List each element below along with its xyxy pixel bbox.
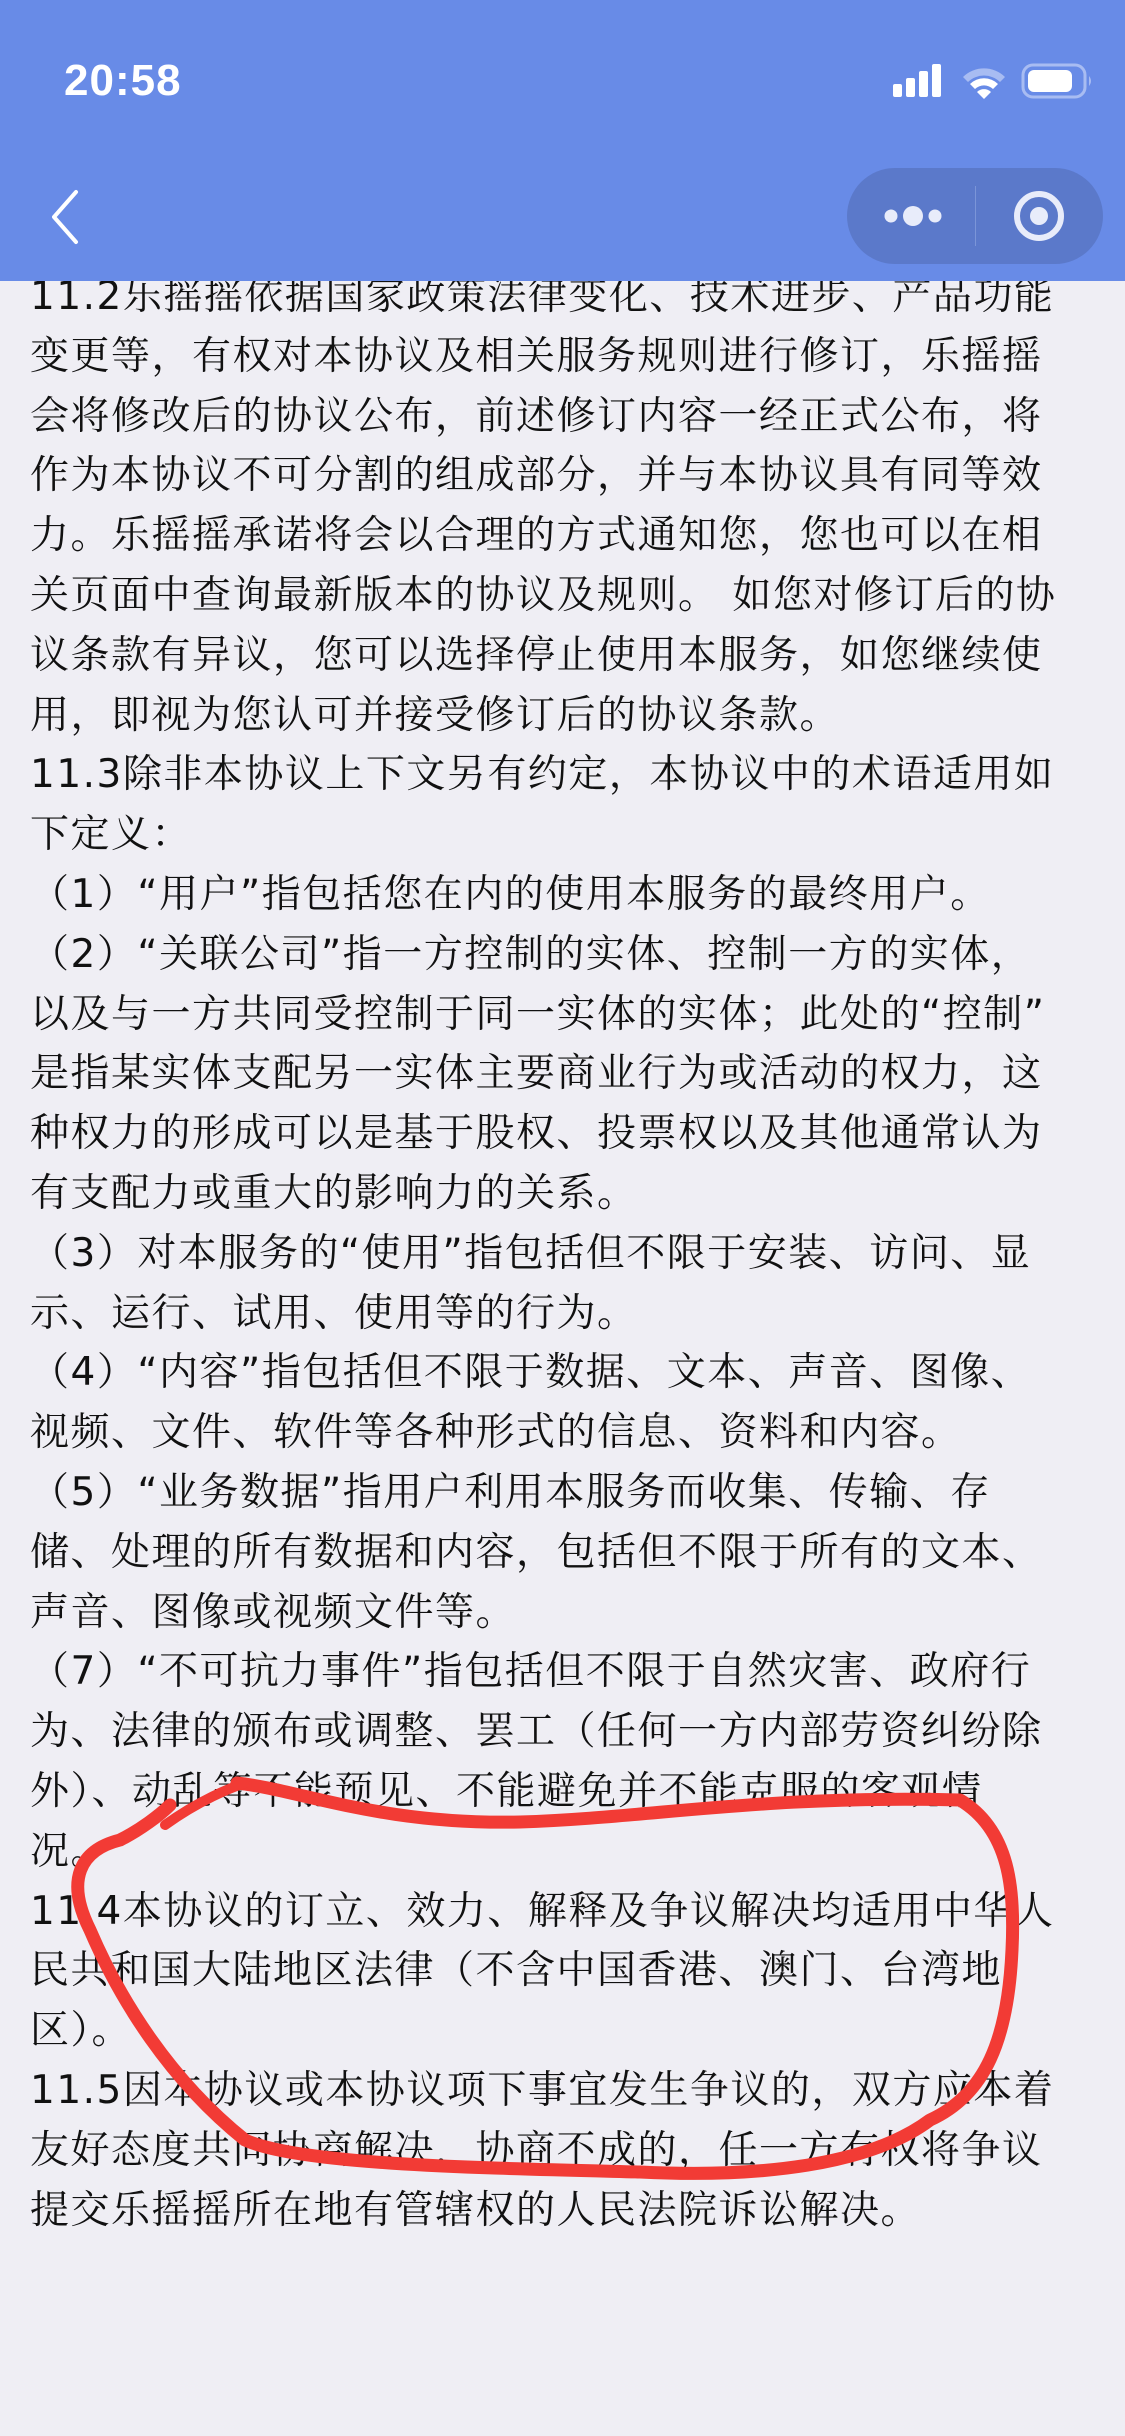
chevron-left-icon (40, 180, 90, 250)
text-line: 友好态度共同协商解决，协商不成的，任一方有权将争议 (30, 2121, 1100, 2181)
text-line: 有支配力或重大的影响力的关系。 (30, 1164, 1100, 1224)
text-line: 力。乐摇摇承诺将会以合理的方式通知您，您也可以在相 (30, 506, 1100, 566)
wifi-icon (963, 68, 1005, 99)
text-line: 种权力的形成可以是基于股权、投票权以及其他通常认为 (30, 1104, 1100, 1164)
text-line: 以及与一方共同受控制于同一实体的实体；此处的“控制” (30, 985, 1100, 1045)
text-line: 关页面中查询最新版本的协议及规则。 如您对修订后的协 (30, 566, 1100, 626)
text-line: 提交乐摇摇所在地有管辖权的人民法院诉讼解决。 (30, 2181, 1100, 2241)
back-button[interactable] (40, 180, 90, 250)
target-circle-icon (975, 168, 1103, 264)
text-line: 议条款有异议，您可以选择停止使用本服务，如您继续使 (30, 626, 1100, 686)
capsule-menu (847, 168, 1103, 264)
text-line: 11.4本协议的订立、效力、解释及争议解决均适用中华人 (30, 1882, 1100, 1942)
text-line: 作为本协议不可分割的组成部分，并与本协议具有同等效 (30, 446, 1100, 506)
text-line: （2）“关联公司”指一方控制的实体、控制一方的实体， (30, 925, 1100, 985)
text-line: 11.5因本协议或本协议项下事宜发生争议的，双方应本着 (30, 2061, 1100, 2121)
text-line: 区）。 (30, 2001, 1100, 2061)
status-time: 20:58 (64, 56, 182, 106)
more-button[interactable] (847, 168, 975, 264)
text-line: 外）、动乱等不能预见、不能避免并不能克服的客观情 (30, 1762, 1100, 1822)
text-line: 下定义： (30, 805, 1100, 865)
text-line: （7）“不可抗力事件”指包括但不限于自然灾害、政府行 (30, 1642, 1100, 1702)
text-line: 储、处理的所有数据和内容，包括但不限于所有的文本、 (30, 1523, 1100, 1583)
agreement-content: 11.2乐摇摇依据国家政策法律变化、技术进步、产品功能 变更等，有权对本协议及相… (30, 267, 1100, 2240)
battery-icon (1023, 65, 1091, 97)
text-line: 示、运行、试用、使用等的行为。 (30, 1284, 1100, 1344)
text-line: （5）“业务数据”指用户利用本服务而收集、传输、存 (30, 1463, 1100, 1523)
more-dots-icon (847, 168, 975, 264)
close-mini-program-button[interactable] (975, 168, 1103, 264)
mini-program-nav-bar: 20:58 (0, 0, 1125, 281)
text-line: 视频、文件、软件等各种形式的信息、资料和内容。 (30, 1403, 1100, 1463)
text-line: 会将修改后的协议公布，前述修订内容一经正式公布，将 (30, 387, 1100, 447)
text-line: （1）“用户”指包括您在内的使用本服务的最终用户。 (30, 865, 1100, 925)
cellular-signal-icon (893, 64, 941, 97)
text-line: 况。 (30, 1822, 1100, 1882)
text-line: 11.3除非本协议上下文另有约定，本协议中的术语适用如 (30, 745, 1100, 805)
text-line: 用，即视为您认可并接受修订后的协议条款。 (30, 686, 1100, 746)
text-line: 民共和国大陆地区法律（不含中国香港、澳门、台湾地 (30, 1941, 1100, 2001)
text-line: 变更等，有权对本协议及相关服务规则进行修订，乐摇摇 (30, 327, 1100, 387)
text-line: 为、法律的颁布或调整、罢工（任何一方内部劳资纠纷除 (30, 1702, 1100, 1762)
text-line: 声音、图像或视频文件等。 (30, 1583, 1100, 1643)
text-line: （3）对本服务的“使用”指包括但不限于安装、访问、显 (30, 1224, 1100, 1284)
status-icons (890, 60, 1100, 104)
text-line: （4）“内容”指包括但不限于数据、文本、声音、图像、 (30, 1343, 1100, 1403)
text-line: 是指某实体支配另一实体主要商业行为或活动的权力，这 (30, 1044, 1100, 1104)
